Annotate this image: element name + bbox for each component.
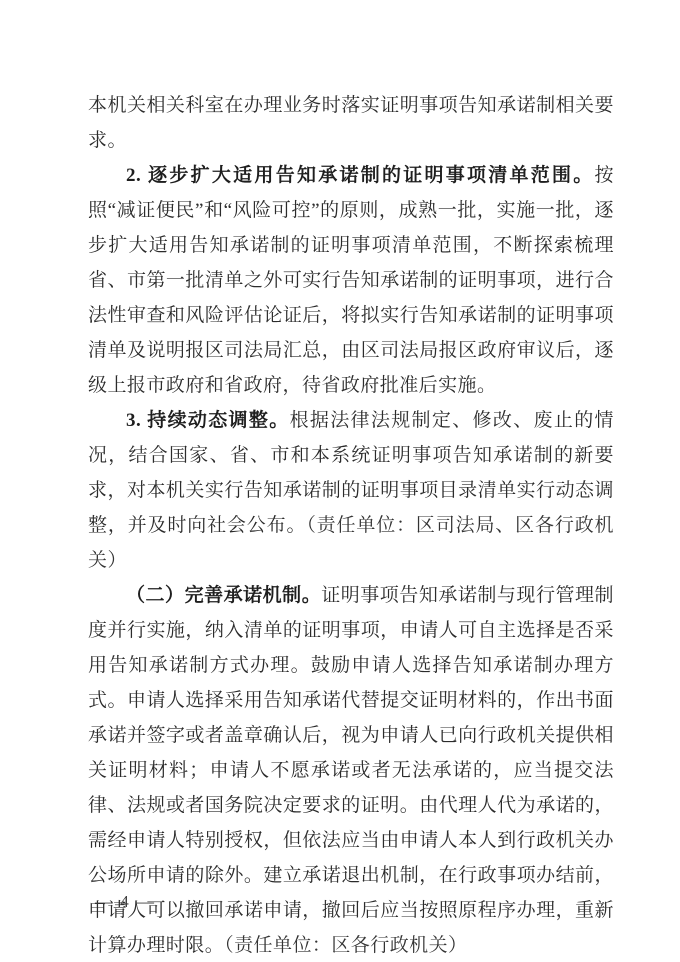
paragraph: 2. 逐步扩大适用告知承诺制的证明事项清单范围。按照“减证便民”和“风险可控”的… (88, 158, 614, 403)
text-segment-bold: 2. 逐步扩大适用告知承诺制的证明事项清单范围。 (126, 165, 595, 186)
text-segment-bold: 3. 持续动态调整。 (126, 410, 290, 431)
text-segment-bold-kaiti: （二）完善承诺机制。 (126, 585, 321, 606)
text-segment-normal: 证明事项告知承诺制与现行管理制度并行实施，纳入清单的证明事项，申请人可自主选择是… (88, 585, 614, 956)
page-number: — 4 — (95, 892, 156, 912)
text-segment-kaiti: （责任单位：区各行政机关） (224, 935, 467, 956)
document-body: 本机关相关科室在办理业务时落实证明事项告知承诺制相关要求。2. 逐步扩大适用告知… (88, 88, 614, 962)
text-segment-normal: 按照“减证便民”和“风险可控”的原则，成熟一批，实施一批，逐步扩大适用告知承诺制… (88, 165, 614, 396)
text-segment-normal: 本机关相关科室在办理业务时落实证明事项告知承诺制相关要求。 (88, 95, 614, 151)
paragraph: 3. 持续动态调整。根据法律法规制定、修改、废止的情况，结合国家、省、市和本系统… (88, 403, 614, 578)
document-page: 本机关相关科室在办理业务时落实证明事项告知承诺制相关要求。2. 逐步扩大适用告知… (0, 0, 680, 962)
paragraph: （二）完善承诺机制。证明事项告知承诺制与现行管理制度并行实施，纳入清单的证明事项… (88, 578, 614, 962)
paragraph: 本机关相关科室在办理业务时落实证明事项告知承诺制相关要求。 (88, 88, 614, 158)
